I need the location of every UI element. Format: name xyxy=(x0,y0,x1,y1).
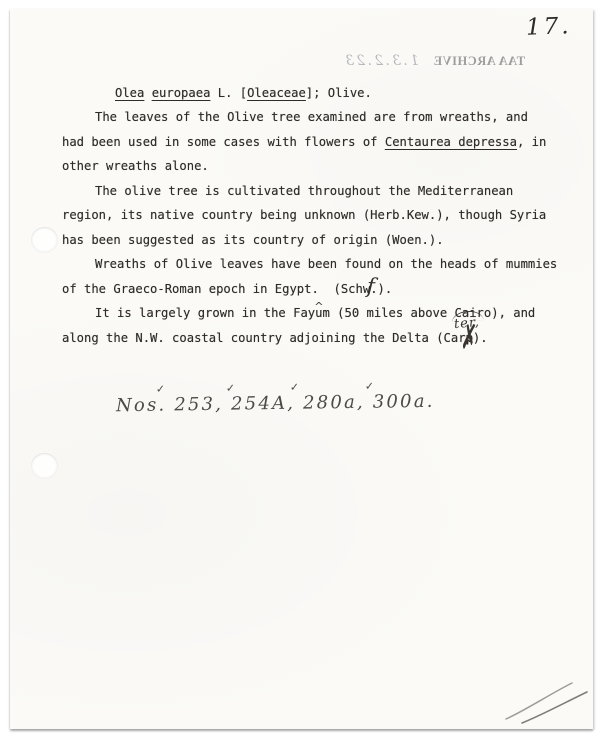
text-segment: It is largely grown in the Fay xyxy=(95,306,315,320)
checkmark-icon: ✓ xyxy=(365,380,374,393)
text-segment: has been suggested as its country of ori… xyxy=(62,233,444,247)
document-sheet: 17. TAA ARCHIVE 1.3.2.23 Olea europaea L… xyxy=(10,9,593,729)
text-segment: ]; Olive. xyxy=(306,86,372,100)
stamp-org-text: TAA ARCHIVE xyxy=(433,54,525,69)
typed-line-6: region, its native country being unknown… xyxy=(62,203,546,228)
checkmark-icon: ✓ xyxy=(156,383,165,396)
handwritten-stroke-icon: f xyxy=(367,273,376,298)
typed-line-1: Olea europaea L. [Oleaceae]; Olive. xyxy=(115,81,372,106)
text-segment: p✗ xyxy=(466,331,473,345)
text-segment xyxy=(144,86,151,100)
underlined-term: Olea xyxy=(115,86,144,100)
text-segment: The olive tree is cultivated throughout … xyxy=(95,184,513,198)
text-segment: ). xyxy=(378,282,393,296)
typed-line-4: other wreaths alone. xyxy=(62,154,209,179)
text-segment: .f xyxy=(370,282,377,296)
typed-line-3: had been used in some cases with flowers… xyxy=(62,130,546,155)
text-segment: , in xyxy=(517,135,546,149)
text-segment: u^ xyxy=(315,306,322,320)
typed-line-2: The leaves of the Olive tree examined ar… xyxy=(95,105,528,130)
page-number: 17. xyxy=(526,13,572,41)
ter-insertion: ter, xyxy=(453,315,480,332)
punch-hole xyxy=(31,453,58,479)
text-segment: along the N.W. coastal country adjoining… xyxy=(62,331,466,345)
underlined-term: europaea xyxy=(152,86,211,100)
underlined-term: Centaurea depressa xyxy=(385,135,517,149)
text-segment: had been used in some cases with flowers… xyxy=(62,135,385,149)
archive-stamp: TAA ARCHIVE 1.3.2.23 xyxy=(343,50,525,72)
text-segment: The leaves of the Olive tree examined ar… xyxy=(95,110,528,124)
typed-line-9: of the Graeco-Roman epoch in Egypt. (Sch… xyxy=(62,277,392,302)
handwritten-specimen-numbers: ✓ ✓ ✓ ✓ Nos. 253, 254A, 280a, 300a. xyxy=(116,391,435,416)
stamp-ref-number: 1.3.2.23 xyxy=(343,53,419,69)
checkmark-icon: ✓ xyxy=(226,382,235,395)
circumflex-icon: ^ xyxy=(314,295,323,320)
typed-line-8: Wreaths of Olive leaves have been found … xyxy=(95,252,557,277)
typed-line-7: has been suggested as its country of ori… xyxy=(62,228,444,253)
checkmark-icon: ✓ xyxy=(290,381,299,394)
typed-line-11: along the N.W. coastal country adjoining… xyxy=(62,326,488,351)
pencil-slashes-icon xyxy=(492,672,596,730)
text-segment: region, its native country being unknown… xyxy=(62,208,546,222)
underlined-term: Oleaceae xyxy=(247,86,306,100)
typed-line-5: The olive tree is cultivated throughout … xyxy=(95,179,513,204)
text-segment: Wreaths of Olive leaves have been found … xyxy=(95,257,557,271)
punch-hole xyxy=(31,227,58,253)
text-segment: L. [ xyxy=(210,86,247,100)
text-segment: of the Graeco-Roman epoch in Egypt. (Sch… xyxy=(62,282,370,296)
text-segment: other wreaths alone. xyxy=(62,159,209,173)
text-segment: m (50 miles above Cairo), and xyxy=(322,306,535,320)
